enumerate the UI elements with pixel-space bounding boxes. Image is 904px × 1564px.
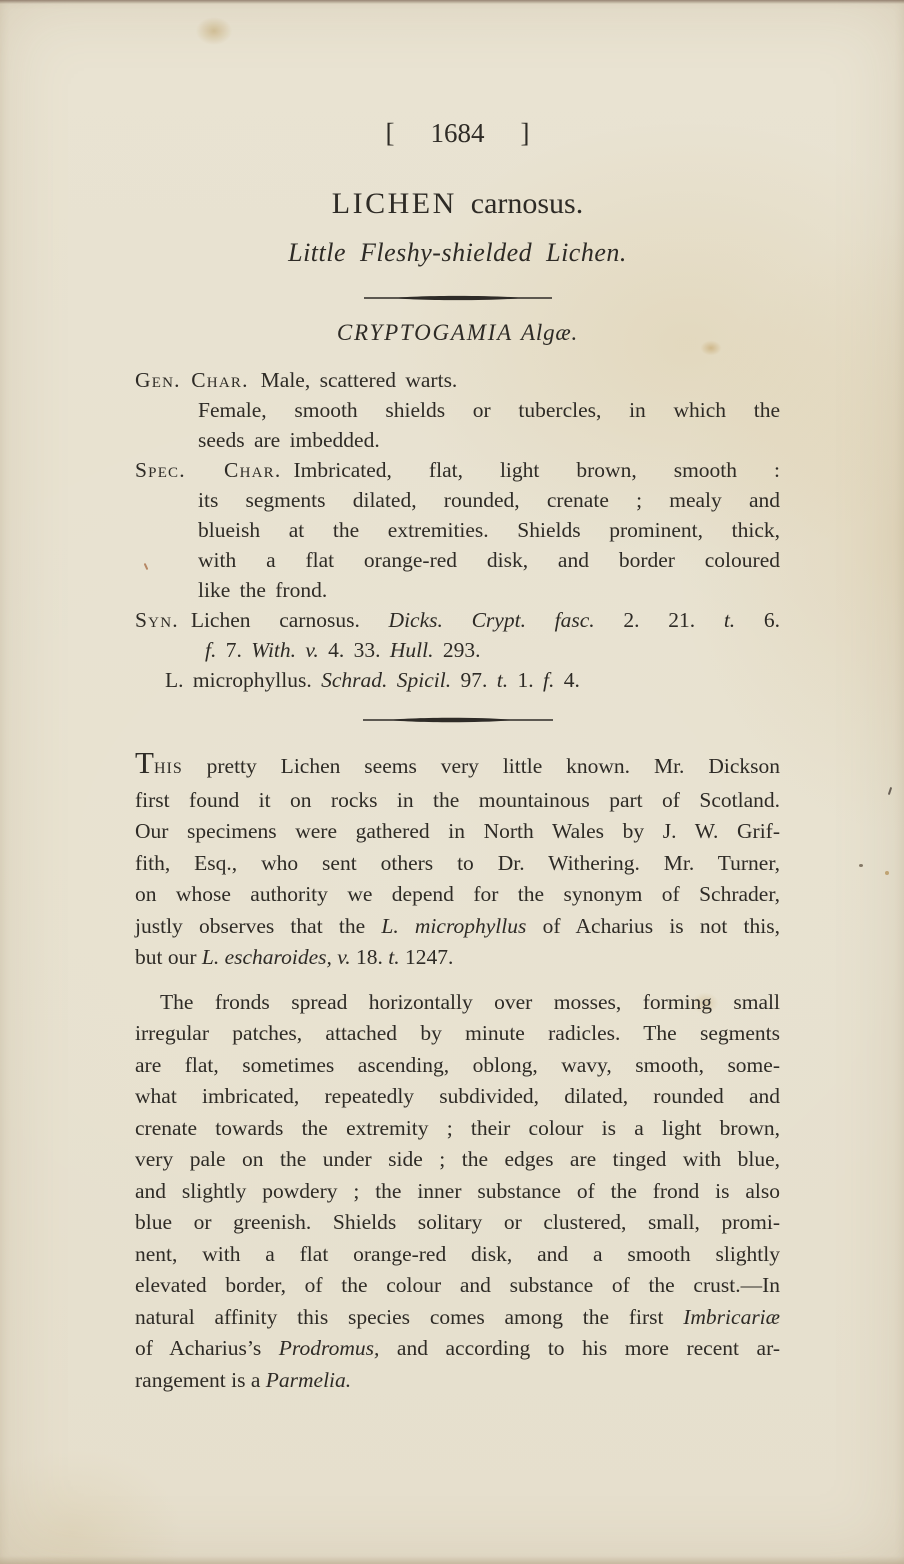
- genus-name: LICHEN: [332, 187, 457, 220]
- text-line: Spec. Char.Imbricated, flat, light brown…: [135, 455, 780, 485]
- text-segment: blue or greenish. Shields solitary or cl…: [135, 1210, 780, 1234]
- bracket-right: ]: [521, 116, 530, 150]
- text-segment: on whose authority we depend for the syn…: [135, 882, 780, 906]
- italic-text-segment: f.: [205, 638, 216, 662]
- paragraph-1: THIS pretty Lichen seems very little kno…: [135, 747, 780, 974]
- italic-text-segment: L. escharoides,: [202, 945, 332, 969]
- text-line: irregular patches, attached by minute ra…: [135, 1018, 780, 1050]
- text-line: crenate towards the extremity ; their co…: [135, 1113, 780, 1145]
- classification: CRYPTOGAMIAAlgæ.: [135, 318, 780, 348]
- text-line: and slightly powdery ; the inner substan…: [135, 1176, 780, 1208]
- bracket-left: [: [386, 116, 395, 150]
- italic-text-segment: With. v.: [251, 638, 319, 662]
- page-number-value: 1684: [431, 116, 485, 150]
- text-segment: blueish at the extremities. Shields prom…: [198, 518, 780, 542]
- text-segment: 6.: [735, 608, 780, 632]
- text-segment: 1247.: [400, 945, 454, 969]
- text-line: natural affinity this species comes amon…: [135, 1302, 780, 1334]
- italic-text-segment: t.: [497, 668, 508, 692]
- text-line: but our L. escharoides, v. 18. t. 1247.: [135, 942, 780, 974]
- text-line: what imbricated, repeatedly subdivided, …: [135, 1081, 780, 1113]
- text-line: first found it on rocks in the mountaino…: [135, 785, 780, 817]
- text-line: Our specimens were gathered in North Wal…: [135, 816, 780, 848]
- text-line: justly observes that the L. microphyllus…: [135, 911, 780, 943]
- text-segment: with a flat orange-red disk, and border …: [198, 548, 780, 572]
- italic-text-segment: f.: [543, 668, 554, 692]
- characters-section: Gen. Char.Male, scattered warts.Female, …: [135, 365, 780, 695]
- text-segment: first found it on rocks in the mountaino…: [135, 788, 780, 812]
- lead-capital: T: [135, 745, 154, 780]
- text-segment: but our: [135, 945, 202, 969]
- text-segment: 293.: [433, 638, 480, 662]
- italic-text-segment: Prodromus,: [279, 1336, 380, 1360]
- decorative-rule-middle: [135, 716, 780, 724]
- italic-text-segment: t.: [388, 945, 399, 969]
- text-segment: L. microphyllus.: [165, 668, 321, 692]
- small-caps-label: Gen. Char.: [135, 368, 249, 392]
- species-title: LICHENcarnosus.: [135, 186, 780, 222]
- italic-text-segment: L. microphyllus: [381, 914, 526, 938]
- text-segment: Female, smooth shields or tubercles, in …: [198, 398, 780, 422]
- text-line: seeds are imbedded.: [135, 425, 780, 455]
- italic-text-segment: Imbricariæ: [683, 1305, 780, 1329]
- text-segment: pretty Lichen seems very little known. M…: [183, 754, 780, 778]
- class-name: CRYPTOGAMIA: [337, 320, 513, 345]
- foxing-spot: [885, 871, 889, 875]
- paragraph-2: The fronds spread horizontally over moss…: [135, 987, 780, 1397]
- ink-speck: [888, 787, 892, 795]
- italic-text-segment: Hull.: [390, 638, 434, 662]
- text-segment: 2. 21.: [595, 608, 724, 632]
- tapered-rule-ornament: [362, 294, 554, 302]
- common-name: Little Fleshy-shielded Lichen.: [135, 236, 780, 270]
- text-segment: 97.: [451, 668, 497, 692]
- text-line: THIS pretty Lichen seems very little kno…: [135, 747, 780, 785]
- text-line: like the frond.: [135, 575, 780, 605]
- text-block: [ 1684 ] LICHENcarnosus. Little Fleshy-s…: [135, 0, 780, 1396]
- italic-text-segment: Parmelia.: [266, 1368, 351, 1392]
- tapered-rule-ornament: [361, 716, 555, 724]
- text-line: its segments dilated, rounded, crenate ;…: [135, 485, 780, 515]
- text-line: Gen. Char.Male, scattered warts.: [135, 365, 780, 395]
- text-segment: of Acharius is not this,: [526, 914, 780, 938]
- text-line: with a flat orange-red disk, and border …: [135, 545, 780, 575]
- book-page: [ 1684 ] LICHENcarnosus. Little Fleshy-s…: [0, 0, 904, 1564]
- italic-text-segment: v.: [337, 945, 350, 969]
- text-line: on whose authority we depend for the syn…: [135, 879, 780, 911]
- text-segment: like the frond.: [198, 578, 327, 602]
- text-segment: Lichen carnosus.: [191, 608, 389, 632]
- ink-speck: [859, 864, 863, 867]
- italic-text-segment: Dicks. Crypt. fasc.: [389, 608, 595, 632]
- text-line: blue or greenish. Shields solitary or cl…: [135, 1207, 780, 1239]
- text-line: of Acharius’s Prodromus, and according t…: [135, 1333, 780, 1365]
- text-segment: its segments dilated, rounded, crenate ;…: [198, 488, 780, 512]
- text-segment: 4.: [554, 668, 580, 692]
- order-name: Algæ.: [521, 320, 578, 345]
- italic-text-segment: Schrad. Spicil.: [321, 668, 451, 692]
- text-segment: Our specimens were gathered in North Wal…: [135, 819, 780, 843]
- text-segment: fith, Esq., who sent others to Dr. Withe…: [135, 851, 780, 875]
- text-line: Female, smooth shields or tubercles, in …: [135, 395, 780, 425]
- text-line: Syn.Lichen carnosus. Dicks. Crypt. fasc.…: [135, 605, 780, 635]
- text-line: rangement is a Parmelia.: [135, 1365, 780, 1397]
- text-segment: The fronds spread horizontally over moss…: [160, 990, 780, 1014]
- text-segment: Male, scattered warts.: [261, 368, 458, 392]
- text-segment: Imbricated, flat, light brown, smooth :: [293, 458, 780, 482]
- text-segment: 1.: [508, 668, 543, 692]
- text-segment: 7.: [216, 638, 251, 662]
- text-segment: rangement is a: [135, 1368, 266, 1392]
- text-segment: natural affinity this species comes amon…: [135, 1305, 683, 1329]
- text-segment: 18.: [351, 945, 389, 969]
- text-segment: are flat, sometimes ascending, oblong, w…: [135, 1053, 780, 1077]
- text-segment: crenate towards the extremity ; their co…: [135, 1116, 780, 1140]
- species-epithet: carnosus.: [471, 187, 583, 220]
- text-line: are flat, sometimes ascending, oblong, w…: [135, 1050, 780, 1082]
- text-line: L. microphyllus. Schrad. Spicil. 97. t. …: [135, 665, 780, 695]
- small-caps-label: Spec. Char.: [135, 458, 281, 482]
- text-segment: 4. 33.: [319, 638, 390, 662]
- text-line: f. 7. With. v. 4. 33. Hull. 293.: [135, 635, 780, 665]
- text-segment: and slightly powdery ; the inner substan…: [135, 1179, 780, 1203]
- text-segment: elevated border, of the colour and subst…: [135, 1273, 780, 1297]
- text-line: very pale on the under side ; the edges …: [135, 1144, 780, 1176]
- text-line: nent, with a flat orange-red disk, and a…: [135, 1239, 780, 1271]
- text-segment: very pale on the under side ; the edges …: [135, 1147, 780, 1171]
- italic-text-segment: t.: [724, 608, 735, 632]
- text-segment: of Acharius’s: [135, 1336, 279, 1360]
- text-segment: justly observes that the: [135, 914, 381, 938]
- text-line: The fronds spread horizontally over moss…: [135, 987, 780, 1019]
- small-caps-label: Syn.: [135, 608, 179, 632]
- text-line: fith, Esq., who sent others to Dr. Withe…: [135, 848, 780, 880]
- text-segment: seeds are imbedded.: [198, 428, 380, 452]
- text-segment: and according to his more recent ar-: [379, 1336, 780, 1360]
- page-number: [ 1684 ]: [135, 116, 780, 150]
- text-line: elevated border, of the colour and subst…: [135, 1270, 780, 1302]
- text-line: blueish at the extremities. Shields prom…: [135, 515, 780, 545]
- caps-text-segment: HIS: [154, 760, 183, 777]
- text-segment: nent, with a flat orange-red disk, and a…: [135, 1242, 780, 1266]
- decorative-rule-top: [135, 294, 780, 302]
- text-segment: what imbricated, repeatedly subdivided, …: [135, 1084, 780, 1108]
- text-segment: irregular patches, attached by minute ra…: [135, 1021, 780, 1045]
